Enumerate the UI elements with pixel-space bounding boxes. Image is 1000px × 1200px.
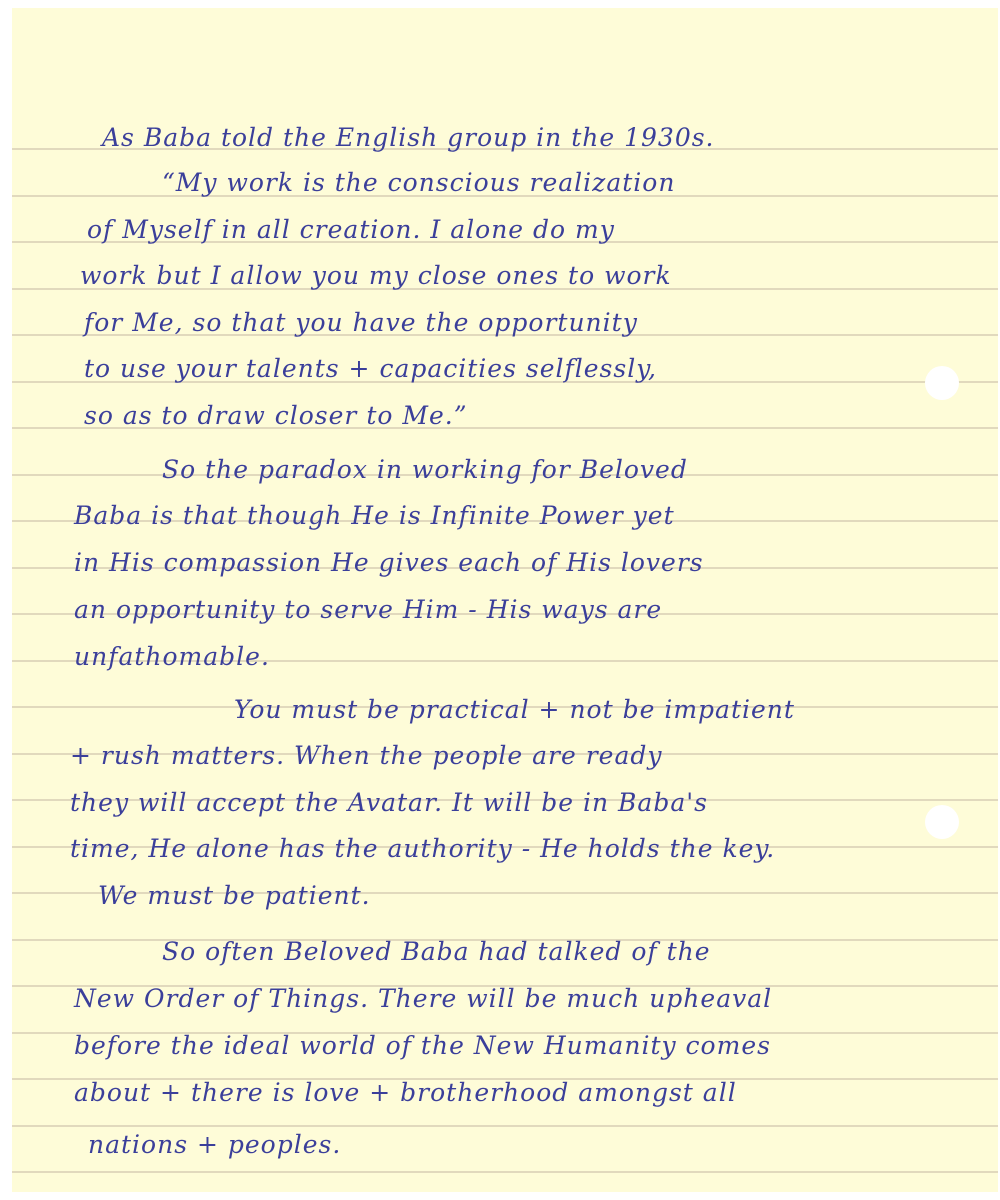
- text-line: So often Beloved Baba had talked of the: [162, 937, 711, 967]
- text-line: of Myself in all creation. I alone do my: [87, 215, 615, 245]
- text-line: As Baba told the English group in the 19…: [102, 123, 715, 153]
- text-line: “My work is the conscious realization: [162, 168, 675, 198]
- text-line: before the ideal world of the New Humani…: [74, 1031, 771, 1061]
- ruled-line: [12, 1125, 998, 1127]
- text-line: work but I allow you my close ones to wo…: [80, 261, 672, 291]
- text-line: to use your talents + capacities selfles…: [84, 354, 657, 384]
- text-line: + rush matters. When the people are read…: [70, 741, 663, 771]
- punch-hole-top: [925, 366, 959, 400]
- text-line: nations + peoples.: [88, 1130, 341, 1160]
- text-line: for Me, so that you have the opportunity: [84, 308, 638, 338]
- text-line: they will accept the Avatar. It will be …: [70, 788, 708, 818]
- text-line: You must be practical + not be impatient: [234, 695, 795, 725]
- text-line: We must be patient.: [98, 881, 371, 911]
- lined-paper-page: As Baba told the English group in the 19…: [12, 8, 998, 1192]
- text-line: unfathomable.: [74, 642, 270, 672]
- text-line: about + there is love + brotherhood amon…: [74, 1078, 737, 1108]
- text-line: Baba is that though He is Infinite Power…: [74, 501, 675, 531]
- ruled-line: [12, 1171, 998, 1173]
- text-line: time, He alone has the authority - He ho…: [70, 834, 775, 864]
- text-line: in His compassion He gives each of His l…: [74, 548, 704, 578]
- text-line: an opportunity to serve Him - His ways a…: [74, 595, 662, 625]
- punch-hole-bottom: [925, 805, 959, 839]
- text-line: So the paradox in working for Beloved: [162, 455, 688, 485]
- text-line: so as to draw closer to Me.”: [84, 401, 468, 431]
- text-line: New Order of Things. There will be much …: [74, 984, 772, 1014]
